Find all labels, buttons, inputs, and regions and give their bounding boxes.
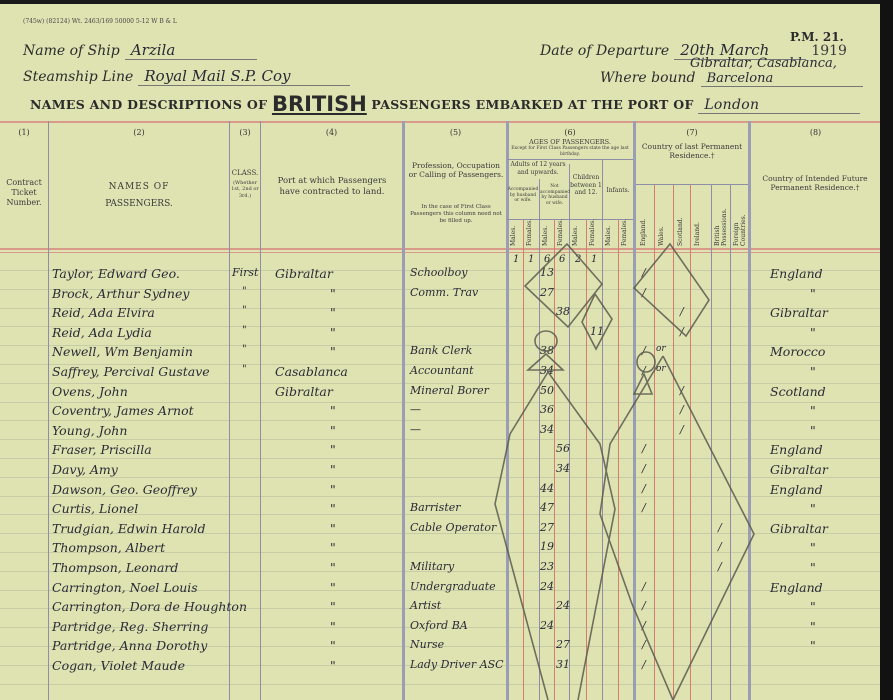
page-edge-shadow [880,0,893,700]
pencil-annotations [0,4,880,700]
passenger-manifest-page: (745w) (82124) Wt. 2463/169 50000 5-12 W… [0,4,880,700]
